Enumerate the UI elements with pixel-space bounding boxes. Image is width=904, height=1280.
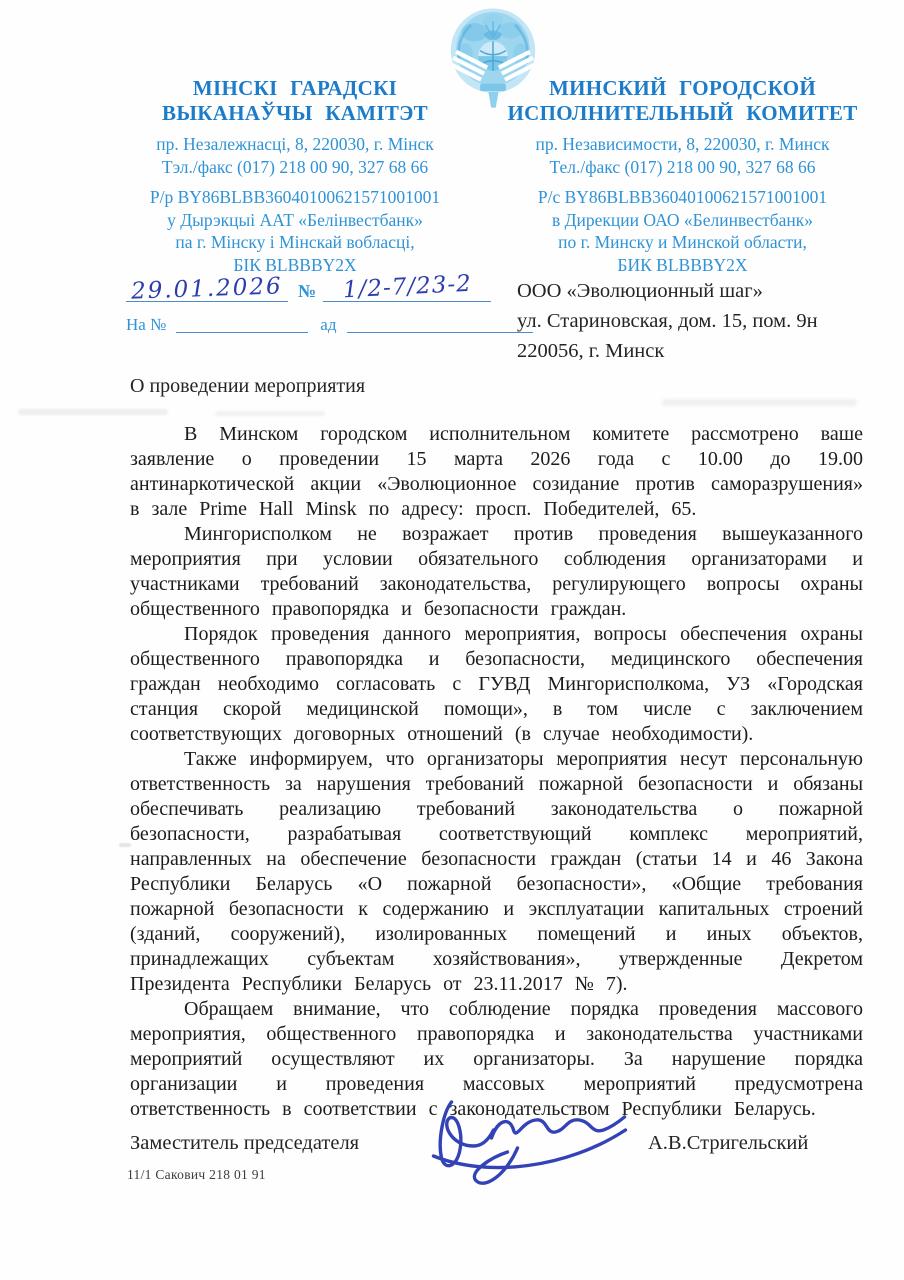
scan-artifact xyxy=(662,399,857,406)
org-title-ru-line2: ИСПОЛНИТЕЛЬНЫЙ КОМИТЕТ xyxy=(500,101,865,126)
signature-scribble-icon xyxy=(415,1090,650,1190)
reply-to-number-label: На № xyxy=(126,315,166,335)
subject-line: О проведении мероприятия xyxy=(130,375,365,398)
date-field: 29.01.2026 xyxy=(126,275,288,302)
letterhead-russian: МИНСКИЙ ГОРОДСКОЙ ИСПОЛНИТЕЛЬНЫЙ КОМИТЕТ… xyxy=(500,76,865,276)
signer-name: А.В.Стригельский xyxy=(648,1132,808,1155)
org-phone-by: Тэл./факс (017) 218 00 90, 327 68 66 xyxy=(115,156,475,179)
paragraph-coordination: Порядок проведения данного мероприятия, … xyxy=(130,622,863,747)
recipient-block: ООО «Эволюционный шаг» ул. Стариновская,… xyxy=(517,276,818,366)
number-sign-label: № xyxy=(298,281,316,302)
org-bank-name-by: у Дырэкцыі ААТ «Белінвестбанк» xyxy=(115,209,475,232)
scan-artifact xyxy=(215,411,325,416)
scan-artifact xyxy=(119,843,131,847)
org-bank-region-by: па г. Мінску і Мінскай вобласці, xyxy=(115,231,475,254)
reply-from-label: ад xyxy=(320,315,336,335)
org-title-ru-line1: МИНСКИЙ ГОРОДСКОЙ xyxy=(500,76,865,101)
org-account-ru: Р/с BY86BLBB36040100621571001001 xyxy=(500,186,865,209)
org-bank-region-ru: по г. Минску и Минской области, xyxy=(500,231,865,254)
outgoing-number-field: 1/2-7/23-2 xyxy=(323,275,491,302)
scanned-letter-page: МІНСКІ ГАРАДСКІ ВЫКАНАЎЧЫ КАМІТЭТ пр. Не… xyxy=(0,0,904,1280)
reply-date-blank xyxy=(347,332,533,333)
letterhead-belarusian: МІНСКІ ГАРАДСКІ ВЫКАНАЎЧЫ КАМІТЭТ пр. Не… xyxy=(115,76,475,276)
executor-note: 11/1 Сакович 218 01 91 xyxy=(127,1167,266,1183)
reply-number-blank xyxy=(176,332,308,333)
handwritten-number: 1/2-7/23-2 xyxy=(342,271,472,304)
letter-body: В Минском городском исполнительном комит… xyxy=(130,422,863,1122)
paragraph-consideration: В Минском городском исполнительном комит… xyxy=(130,422,863,522)
org-title-by-line2: ВЫКАНАЎЧЫ КАМІТЭТ xyxy=(115,101,475,126)
scan-artifact xyxy=(18,409,168,415)
org-address-by: пр. Незалежнасці, 8, 220030, г. Мінск xyxy=(115,133,475,156)
org-bank-name-ru: в Дирекции ОАО «Белинвестбанк» xyxy=(500,209,865,232)
paragraph-no-objection: Мингорисполком не возражает против прове… xyxy=(130,522,863,622)
recipient-organization: ООО «Эволюционный шаг» xyxy=(517,276,818,306)
paragraph-fire-safety: Также информируем, что организаторы меро… xyxy=(130,747,863,997)
org-phone-ru: Тел./факс (017) 218 00 90, 327 68 66 xyxy=(500,156,865,179)
org-account-by: Р/р BY86BLBB36040100621571001001 xyxy=(115,186,475,209)
handwritten-date: 29.01.2026 xyxy=(131,273,284,304)
recipient-city: 220056, г. Минск xyxy=(517,336,818,366)
recipient-street: ул. Стариновская, дом. 15, пом. 9н xyxy=(517,306,818,336)
org-address-ru: пр. Независимости, 8, 220030, г. Минск xyxy=(500,133,865,156)
signer-position: Заместитель председателя xyxy=(130,1132,359,1155)
org-title-by-line1: МІНСКІ ГАРАДСКІ xyxy=(115,76,475,101)
